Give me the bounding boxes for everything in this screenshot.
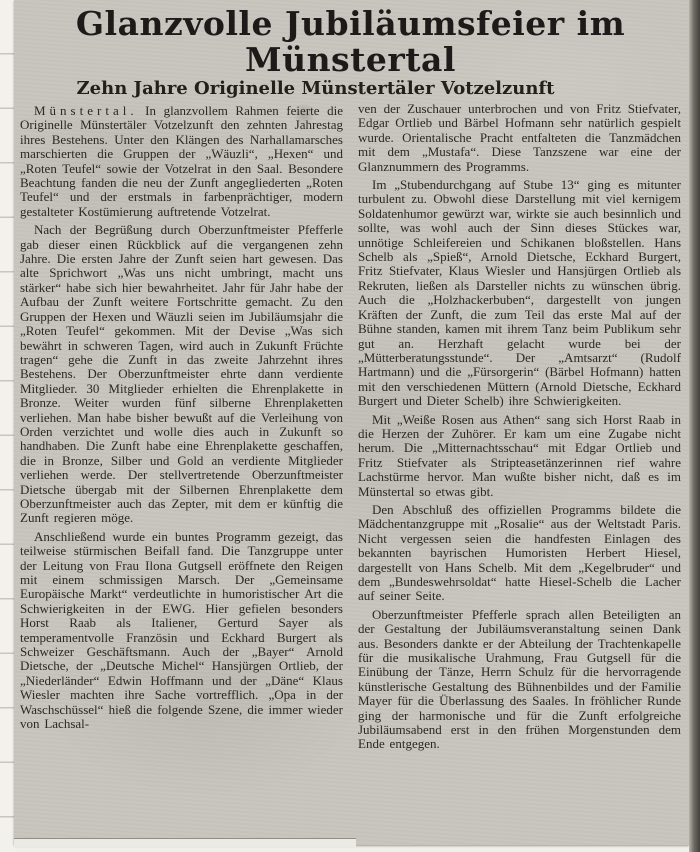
newspaper-clipping: Glanzvolle Jubiläumsfeier im Münstertal … <box>14 0 689 845</box>
article-headline: Glanzvolle Jubiläumsfeier im Münstertal <box>20 6 681 78</box>
article-paragraph: Anschließend wurde ein buntes Programm g… <box>20 530 343 732</box>
scanned-newspaper-page: Glanzvolle Jubiläumsfeier im Münstertal … <box>0 0 700 852</box>
article-column-right: ven der Zuschauer unterbrochen und von F… <box>358 102 681 756</box>
paragraph-text: In glanzvollem Rahmen feierte die Origin… <box>20 103 343 219</box>
album-page-edge <box>0 0 15 852</box>
article-paragraph: Münstertal. In glanzvollem Rahmen feiert… <box>20 104 343 219</box>
article-paragraph: Im „Stubendurchgang auf Stube 13“ ging e… <box>358 178 681 409</box>
article-paragraph: Den Abschluß des offiziellen Programms b… <box>358 503 681 604</box>
clipping-cut-edge <box>14 838 356 847</box>
dateline: Münstertal. <box>34 103 138 118</box>
article-paragraph: ven der Zuschauer unterbrochen und von F… <box>358 102 681 174</box>
scan-shadow-edge <box>689 0 700 852</box>
article-subheadline: Zehn Jahre Originelle Münstertäler Votze… <box>20 79 611 99</box>
article-column-left: Münstertal. In glanzvollem Rahmen feiert… <box>20 104 343 756</box>
article-paragraph: Oberzunftmeister Pfefferle sprach allen … <box>358 608 681 752</box>
article-paragraph: Mit „Weiße Rosen aus Athen“ sang sich Ho… <box>358 413 681 499</box>
article-body: Münstertal. In glanzvollem Rahmen feiert… <box>20 104 681 756</box>
article-paragraph: Nach der Begrüßung durch Oberzunftmeiste… <box>20 223 343 526</box>
